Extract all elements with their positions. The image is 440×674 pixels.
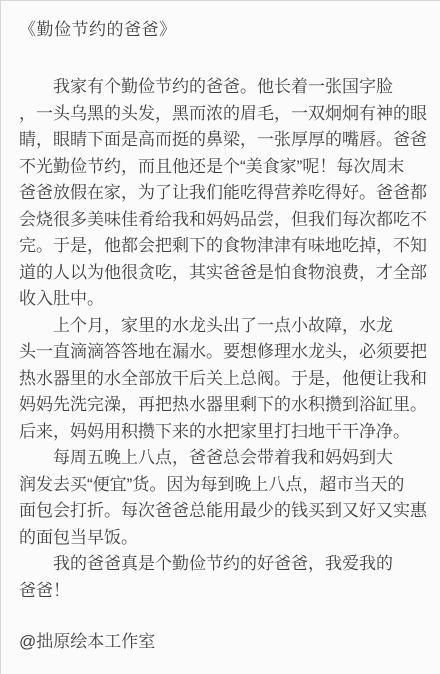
essay-line: 我的爸爸真是个勤俭节约的好爸爸，我爱我的 (19, 551, 422, 578)
essay-line: 的面包当早饭。 (19, 525, 422, 552)
essay-line: 面包会打折。每次爸爸总能用最少的钱买到又好又实惠 (19, 498, 422, 525)
essay-line: 上个月，家里的水龙头出了一点小故障，水龙 (19, 313, 422, 340)
essay-line: 爸爸！ (19, 578, 422, 605)
essay-line: 后来，妈妈用积攒下来的水把家里打扫地干干净净。 (19, 419, 422, 446)
essay-page: 《勤俭节约的爸爸》 我家有个勤俭节约的爸爸。他长着一张国字脸，一头乌黑的头发，黑… (0, 0, 440, 674)
essay-line: 我家有个勤俭节约的爸爸。他长着一张国字脸 (19, 74, 422, 101)
essay-line: 睛，眼睛下面是高而挺的鼻梁，一张厚厚的嘴唇。爸爸 (19, 127, 422, 154)
essay-signature: @拙原绘本工作室 (19, 629, 422, 655)
essay-line: 道的人以为他很贪吃，其实爸爸是怕食物浪费，才全部 (19, 260, 422, 287)
essay-line: 收入肚中。 (19, 286, 422, 313)
essay-line: 热水器里的水全部放干后关上总阀。于是，他便让我和 (19, 366, 422, 393)
essay-line: 爸爸放假在家，为了让我们能吃得营养吃得好。爸爸都 (19, 180, 422, 207)
essay-line: 会烧很多美味佳肴给我和妈妈品尝，但我们每次都吃不 (19, 207, 422, 234)
essay-line: 润发去买“便宜”货。因为每到晚上八点，超市当天的 (19, 472, 422, 499)
essay-line: ，一头乌黑的头发，黑而浓的眉毛，一双炯炯有神的眼 (19, 101, 422, 128)
essay-line: 完。于是，他都会把剩下的食物津津有味地吃掉，不知 (19, 233, 422, 260)
essay-line: 每周五晚上八点，爸爸总会带着我和妈妈到大 (19, 445, 422, 472)
essay-line: 不光勤俭节约，而且他还是个“美食家”呢！每次周末 (19, 154, 422, 181)
essay-title: 《勤俭节约的爸爸》 (19, 18, 422, 42)
essay-line: 妈妈先洗完澡，再把热水器里剩下的水积攒到浴缸里。 (19, 392, 422, 419)
essay-line: 头一直滴滴答答地在漏水。要想修理水龙头，必须要把 (19, 339, 422, 366)
essay-body: 我家有个勤俭节约的爸爸。他长着一张国字脸，一头乌黑的头发，黑而浓的眉毛，一双炯炯… (19, 74, 422, 604)
